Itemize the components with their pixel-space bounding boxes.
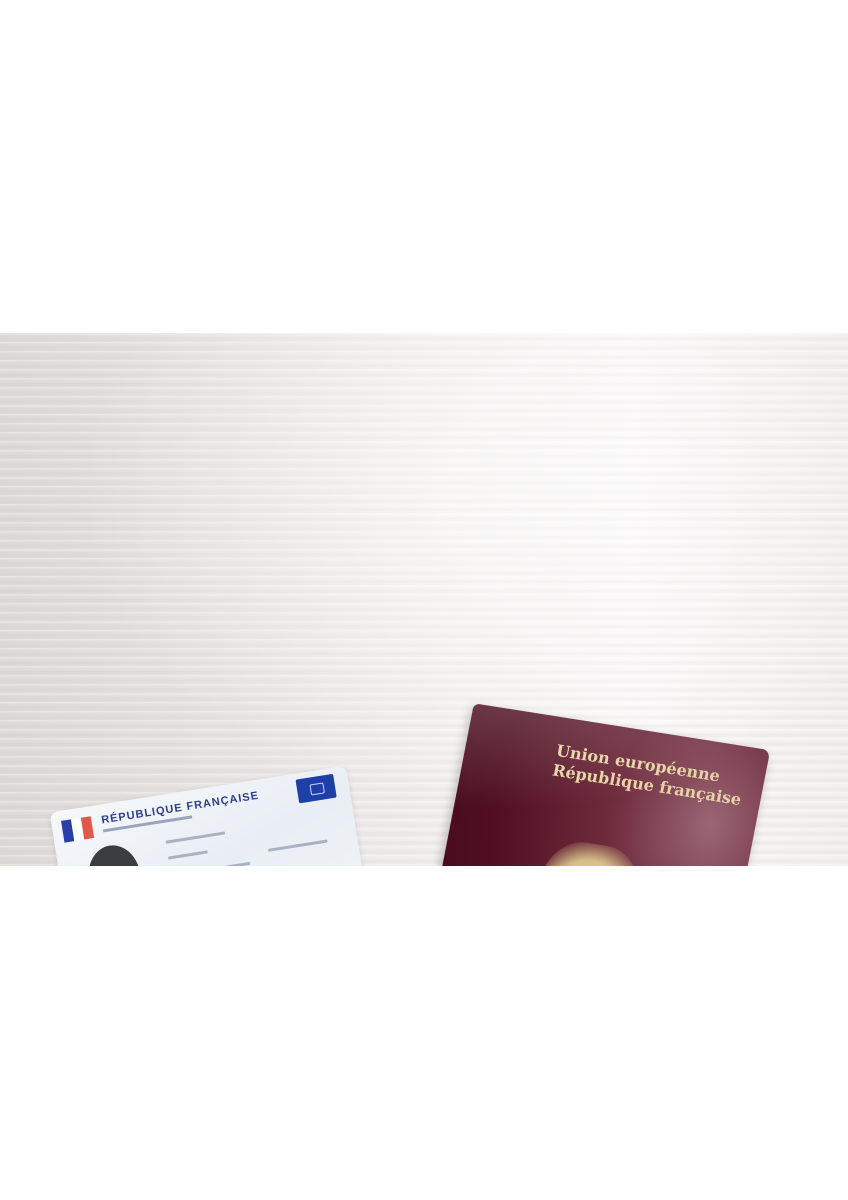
identity-card: RÉPUBLIQUE FRANÇAISE Mh <box>50 766 375 866</box>
card-title: RÉPUBLIQUE FRANÇAISE <box>101 790 260 827</box>
photo: RÉPUBLIQUE FRANÇAISE Mh Union européenne… <box>0 333 848 866</box>
passport: Union européenne République française PA… <box>394 703 770 866</box>
coat-of-arms-icon <box>525 836 647 866</box>
card-field-line <box>171 862 250 866</box>
french-flag-icon <box>61 816 94 842</box>
portrait-silhouette <box>70 839 173 866</box>
card-field-line <box>268 839 328 851</box>
card-field-line <box>168 850 208 859</box>
eu-flag-icon <box>295 774 336 804</box>
card-field-line <box>165 831 225 843</box>
